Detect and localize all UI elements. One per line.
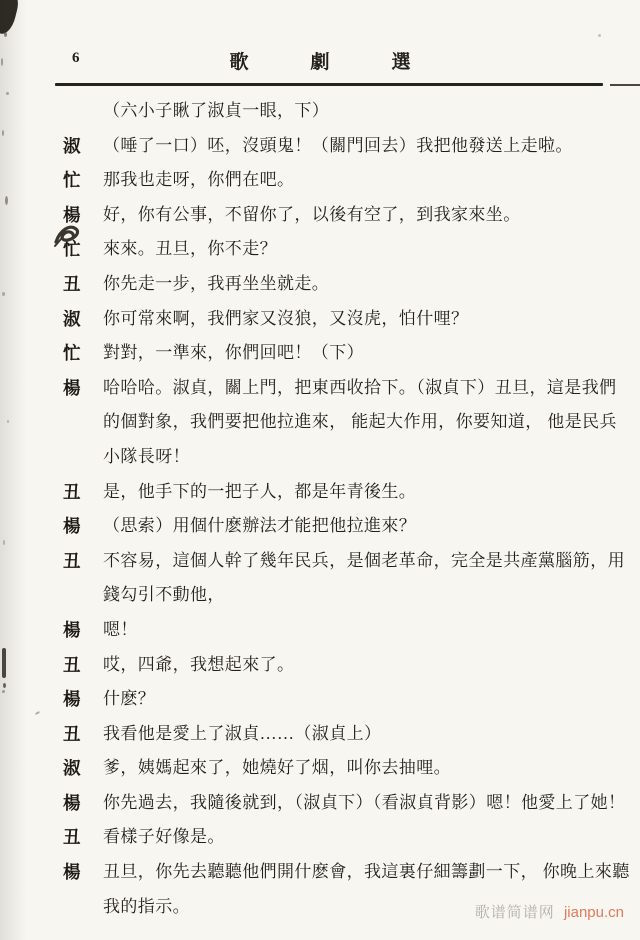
speaker-label: 忙 bbox=[63, 336, 103, 371]
scanned-script-page: 6 歌劇選 （六小子瞅了淑貞一眼，下） 淑 （唾了一口）呸，沒頭鬼！（關門回去）… bbox=[0, 0, 640, 940]
script-line: 淑 （唾了一口）呸，沒頭鬼！（關門回去）我把他發送上走啦。 bbox=[0, 129, 640, 164]
dialogue-text: 看樣子好像是。 bbox=[103, 820, 640, 855]
watermark-site-url: jianpu.cn bbox=[564, 904, 624, 921]
script-line: 楊 什麽？ bbox=[0, 682, 640, 717]
speaker-label: 楊 bbox=[63, 682, 103, 717]
dialogue-text: 你先走一步，我再坐坐就走。 bbox=[103, 267, 640, 302]
dialogue-text: 哈哈哈。淑貞，關上門，把東西收拾下。（淑貞下）丑旦，這是我們的個對象，我們要把他… bbox=[103, 371, 640, 475]
speaker-label: 丑 bbox=[63, 544, 103, 613]
speaker-label: 楊 bbox=[63, 613, 103, 648]
dialogue-text: 不容易，這個人幹了幾年民兵，是個老革命，完全是共產黨腦筋，用錢勾引不動他， bbox=[103, 544, 640, 613]
speaker-label: 淑 bbox=[63, 751, 103, 786]
script-line: 丑 哎，四爺，我想起來了。 bbox=[0, 648, 640, 683]
script-line: 丑 看樣子好像是。 bbox=[0, 820, 640, 855]
script-line: 楊 好，你有公事，不留你了，以後有空了，到我家來坐。 bbox=[0, 198, 640, 233]
dialogue-text: （唾了一口）呸，沒頭鬼！（關門回去）我把他發送上走啦。 bbox=[103, 129, 640, 164]
dialogue-text: 那我也走呀，你們在吧。 bbox=[103, 163, 640, 198]
dialogue-text: 爹，姨媽起來了，她燒好了烟，叫你去抽哩。 bbox=[103, 751, 640, 786]
speaker-label: 楊 bbox=[63, 371, 103, 475]
dialogue-text: （六小子瞅了淑貞一眼，下） bbox=[103, 94, 640, 129]
dialogue-text: 什麽？ bbox=[103, 682, 640, 717]
script-line: 淑 爹，姨媽起來了，她燒好了烟，叫你去抽哩。 bbox=[0, 751, 640, 786]
script-line: 丑 是，他手下的一把子人，都是年青後生。 bbox=[0, 475, 640, 510]
script-body: （六小子瞅了淑貞一眼，下） 淑 （唾了一口）呸，沒頭鬼！（關門回去）我把他發送上… bbox=[0, 94, 640, 924]
script-line: 忙 來來。丑旦，你不走？ bbox=[0, 232, 640, 267]
script-line: 楊 你先過去，我隨後就到，（淑貞下）（看淑貞背影）嗯！他愛上了她！ bbox=[0, 786, 640, 821]
speaker-label: 忙 bbox=[63, 232, 103, 267]
script-line: 丑 我看他是愛上了淑貞……（淑貞上） bbox=[0, 717, 640, 752]
page-header: 6 歌劇選 bbox=[0, 0, 640, 90]
speaker-label: 忙 bbox=[63, 163, 103, 198]
script-line: 忙 對對，一準來，你們回吧！（下） bbox=[0, 336, 640, 371]
speaker-label bbox=[63, 94, 103, 129]
speaker-label: 淑 bbox=[63, 129, 103, 164]
speaker-label: 楊 bbox=[63, 855, 103, 924]
dialogue-text: 好，你有公事，不留你了，以後有空了，到我家來坐。 bbox=[103, 198, 640, 233]
script-line: 忙 那我也走呀，你們在吧。 bbox=[0, 163, 640, 198]
dialogue-text: （思索）用個什麽辦法才能把他拉進來？ bbox=[103, 509, 640, 544]
speaker-label: 楊 bbox=[63, 509, 103, 544]
watermark-site-name: 歌谱简谱网 bbox=[475, 904, 555, 921]
dialogue-text: 你先過去，我隨後就到，（淑貞下）（看淑貞背影）嗯！他愛上了她！ bbox=[103, 786, 640, 821]
dialogue-text: 是，他手下的一把子人，都是年青後生。 bbox=[103, 475, 640, 510]
dialogue-text: 你可常來啊，我們家又沒狼，又沒虎，怕什哩？ bbox=[103, 302, 640, 337]
running-title: 歌劇選 bbox=[0, 47, 640, 74]
speaker-label: 丑 bbox=[63, 475, 103, 510]
watermark: 歌谱简谱网 jianpu.cn bbox=[475, 901, 624, 922]
script-line: 楊 嗯！ bbox=[0, 613, 640, 648]
dialogue-text: 我看他是愛上了淑貞……（淑貞上） bbox=[103, 717, 640, 752]
speaker-label: 淑 bbox=[63, 302, 103, 337]
dialogue-text: 來來。丑旦，你不走？ bbox=[103, 232, 640, 267]
speaker-label: 楊 bbox=[63, 786, 103, 821]
script-line: 楊 （思索）用個什麽辦法才能把他拉進來？ bbox=[0, 509, 640, 544]
header-rule-tail bbox=[610, 84, 640, 86]
dialogue-text: 哎，四爺，我想起來了。 bbox=[103, 648, 640, 683]
dialogue-text: 對對，一準來，你們回吧！（下） bbox=[103, 336, 640, 371]
script-line: 丑 不容易，這個人幹了幾年民兵，是個老革命，完全是共產黨腦筋，用錢勾引不動他， bbox=[0, 544, 640, 613]
header-rule bbox=[55, 83, 603, 86]
script-line: 丑 你先走一步，我再坐坐就走。 bbox=[0, 267, 640, 302]
script-line: 楊 哈哈哈。淑貞，關上門，把東西收拾下。（淑貞下）丑旦，這是我們的個對象，我們要… bbox=[0, 371, 640, 475]
script-line: （六小子瞅了淑貞一眼，下） bbox=[0, 94, 640, 129]
script-line: 淑 你可常來啊，我們家又沒狼，又沒虎，怕什哩？ bbox=[0, 302, 640, 337]
speaker-label: 丑 bbox=[63, 820, 103, 855]
speaker-label: 丑 bbox=[63, 648, 103, 683]
dialogue-text: 嗯！ bbox=[103, 613, 640, 648]
speaker-label: 楊 bbox=[63, 198, 103, 233]
speaker-label: 丑 bbox=[63, 717, 103, 752]
speaker-label: 丑 bbox=[63, 267, 103, 302]
